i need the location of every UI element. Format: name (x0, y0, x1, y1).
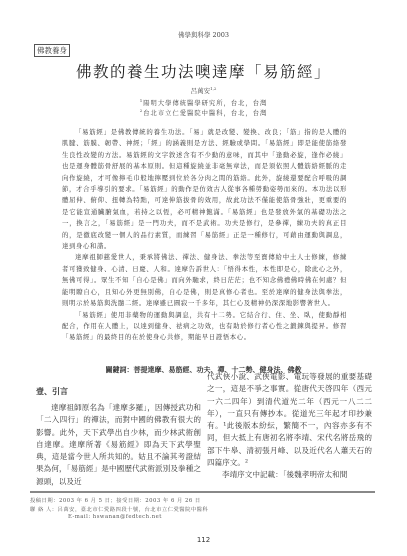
body-paragraph: 代武俠小說、武俠電影、電玩等發展的重要基礎之一，這是不爭之事實。從唐代天啓四年（… (207, 371, 372, 469)
abstract: 「易筋經」是佛教傳統的養生功法。「易」就是改變、變換、改良；「筋」指的是人體的肌… (62, 127, 347, 344)
body-paragraph: 李靖序文中記載：「後魏孝明帝太和間 (207, 469, 372, 481)
footer-divider (30, 491, 375, 493)
footer-contact: 聯 絡 人：呂萬安，臺北市仁愛路四段十號，台北市立仁愛醫院中醫科 (30, 505, 208, 513)
footer-dates: 投稿日期：2003 年 6 月 5 日；接受日期：2003 年 6 月 26 日 (30, 496, 201, 504)
page-number: 112 (0, 536, 407, 544)
section-heading: 壹、引言 (36, 386, 68, 397)
running-head: 佛學與科學 2003 (0, 30, 407, 39)
affiliation-text: 台北市立仁愛醫院中醫科，台北，台灣 (143, 110, 267, 117)
abstract-paragraph: 「易筋經」是佛教傳統的養生功法。「易」就是改變、變換、改良；「筋」指的是人體的肌… (62, 127, 347, 252)
abstract-paragraph: 達摩祖師慈愛世人，秉承將佛法、禪法、健身法、拳法等至寶傳給中土人士修練，修練者可… (62, 252, 347, 309)
footer-email: E-mail: hswanan@fedtech.net (68, 514, 162, 520)
author-sup: 1,2 (210, 86, 216, 91)
keywords-label: 關鍵詞： (106, 366, 134, 374)
affiliation-2: 2台北市立仁愛醫院中醫科，台北，台灣 (0, 108, 407, 117)
article-title: 佛教的養生功法噢達摩「易筋經」 (0, 60, 407, 82)
body-paragraph: 達摩祖師原名為「達摩多羅」，因傳授武功和「二入四行」的禪法，而對中國的佛教有很大… (36, 402, 201, 488)
author: 呂萬安1,2 (0, 86, 407, 95)
author-name: 呂萬安 (191, 87, 211, 95)
body-right-column: 代武俠小說、武俠電影、電玩等發展的重要基礎之一，這是不爭之事實。從唐代天啓四年（… (207, 371, 372, 482)
section-tag: 佛教養身 (34, 44, 70, 57)
body-left-column: 達摩祖師原名為「達摩多羅」，因傳授武功和「二入四行」的禪法，而對中國的佛教有很大… (36, 402, 201, 488)
affiliation-text: 陽明大學傳統醫學研究所，台北，台灣 (143, 100, 267, 107)
affiliation-1: 1陽明大學傳統醫學研究所，台北，台灣 (0, 98, 407, 107)
abstract-paragraph: 「易筋經」使用非藥物的運動與調息，共有十二勢。它結合行、住、坐、臥，使動靜相配合… (62, 310, 347, 344)
